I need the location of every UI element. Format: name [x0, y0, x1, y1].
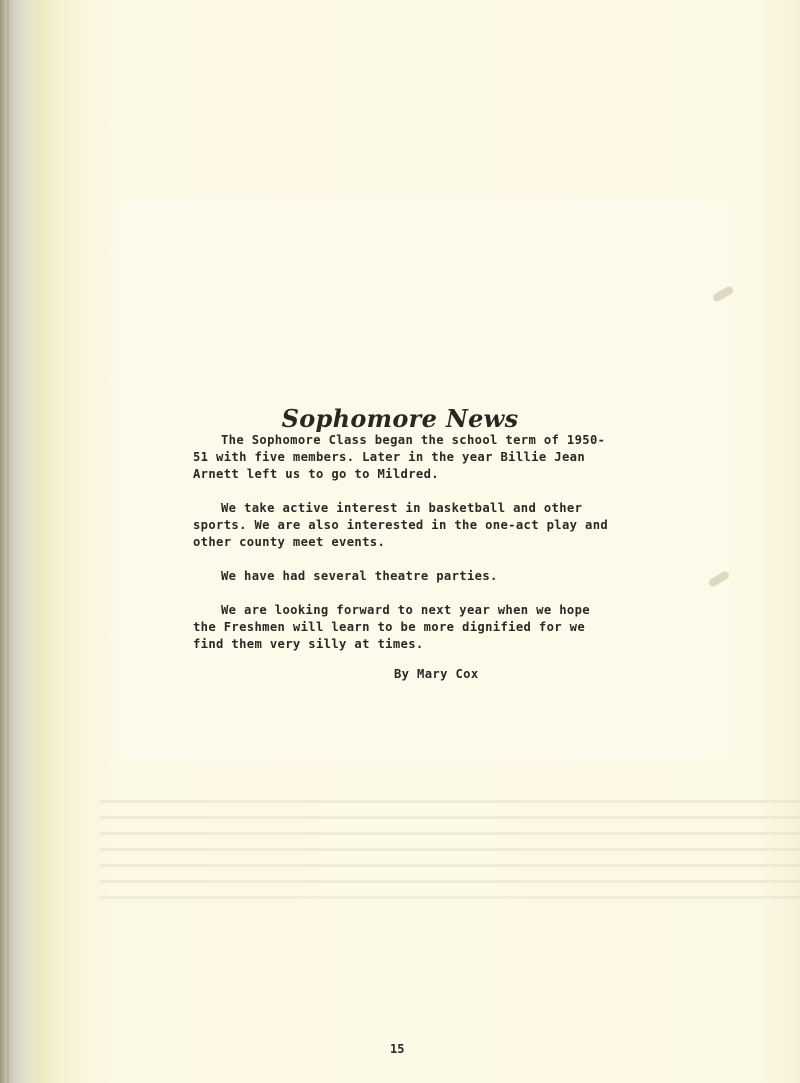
paragraph: The Sophomore Class began the school ter…	[193, 432, 613, 483]
binding-edge	[7, 0, 9, 1083]
paragraph: We take active interest in basketball an…	[193, 500, 613, 551]
page-title: Sophomore News	[0, 404, 800, 433]
bleed-through-text	[100, 800, 800, 920]
paragraph: We have had several theatre parties.	[193, 568, 613, 585]
byline: By Mary Cox	[394, 667, 479, 681]
scanned-page: Sophomore News The Sophomore Class began…	[0, 0, 800, 1083]
page-number: 15	[390, 1042, 404, 1056]
article-body: The Sophomore Class began the school ter…	[193, 432, 613, 670]
paragraph: We are looking forward to next year when…	[193, 602, 613, 653]
